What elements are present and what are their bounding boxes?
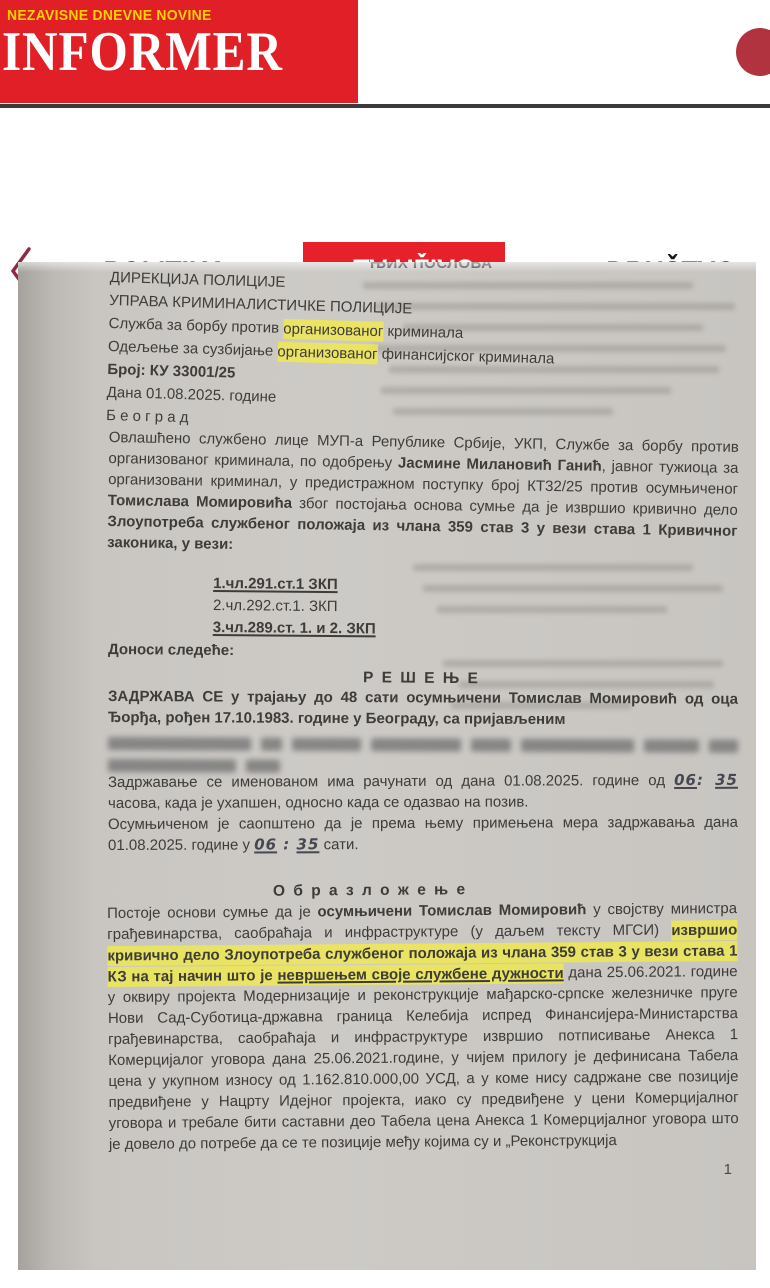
doc-paragraph-notified: Осумњиченом је саопштено да је према њем… bbox=[108, 812, 738, 856]
doc-legal-item: 3.чл.289.ст. 1. и 2. ЗКП bbox=[213, 617, 738, 644]
doc-paragraph-explanation: Постоје основи сумње да је осумњичени То… bbox=[107, 898, 739, 1155]
doc-paragraph-counting: Задржавање се именованом има рачунати од… bbox=[108, 770, 738, 814]
category-nav: POLITIKA TV UŽIVO DRUŠTVO bbox=[0, 112, 770, 212]
doc-letterhead: ДИРЕКЦИЈА ПОЛИЦИЈЕ УПРАВА КРИМИНАЛИСТИЧК… bbox=[106, 266, 740, 445]
redacted-block bbox=[108, 737, 738, 775]
doc-page-number: 1 bbox=[108, 1159, 738, 1180]
document-photo: ЊИХ ПОСЛОВА ДИРЕКЦИЈА ПОЛИЦИЈЕ УПРАВА КР… bbox=[18, 262, 756, 1270]
partial-logo-circle bbox=[736, 28, 770, 76]
masthead-logo[interactable]: INFORMER bbox=[2, 20, 283, 84]
header-divider bbox=[0, 104, 770, 108]
doc-legal-list: 1.чл.291.ст.1 ЗКП 2.чл.292.ст.1. ЗКП 3.ч… bbox=[213, 573, 739, 644]
doc-paragraph-intro: Овлашћено службено лице МУП-а Републике … bbox=[107, 427, 739, 563]
page: NEZAVISNE DNEVNE NOVINE INFORMER POLITIK… bbox=[0, 0, 770, 1288]
doc-clipped-top-line: ЊИХ ПОСЛОВА bbox=[370, 262, 492, 272]
doc-donosi-line: Доноси следеће: bbox=[108, 639, 738, 665]
redacted-line bbox=[108, 737, 738, 753]
doc-body: ДИРЕКЦИЈА ПОЛИЦИЈЕ УПРАВА КРИМИНАЛИСТИЧК… bbox=[108, 266, 738, 1180]
masthead-banner[interactable]: NEZAVISNE DNEVNE NOVINE INFORMER bbox=[0, 0, 358, 103]
doc-paragraph-detention: ЗАДРЖАВА СЕ у трајању до 48 сати осумњич… bbox=[108, 686, 738, 731]
